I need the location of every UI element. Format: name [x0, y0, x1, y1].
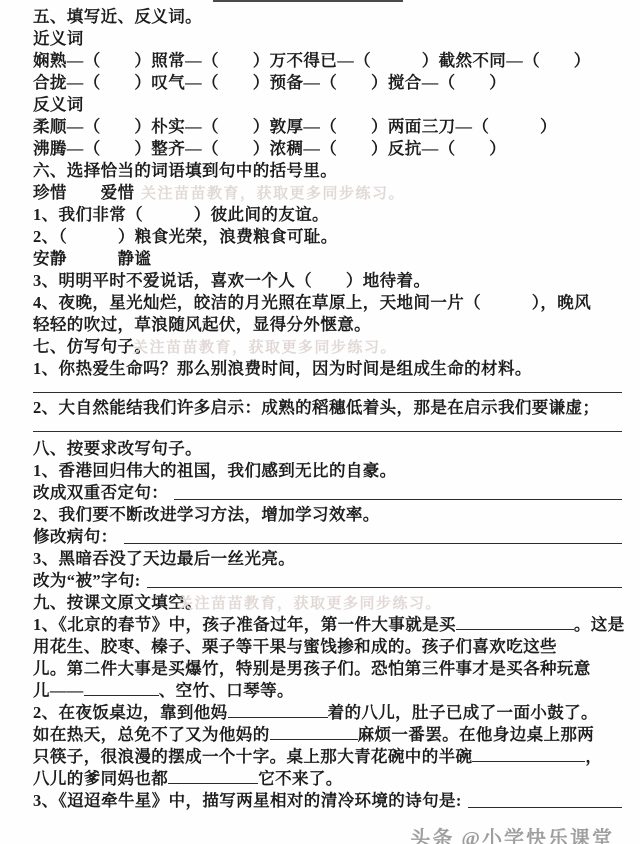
answer-rule-line [33, 419, 622, 432]
question-item: 3、黑暗吞没了天边最后一丝光亮。 [33, 548, 622, 570]
fill-in-line: 儿。第二件大事是买爆竹，特别是男孩子们。恐怕第三件事才是买各种玩意 [33, 658, 622, 680]
antonym-row: 柔顺—（ ）朴实—（ ）敦厚—（ ）两面三刀—（ ） [33, 116, 622, 138]
synonym-row: 娴熟—（ ）照常—（ ）万不得已—（ ）截然不同—（ ） [33, 50, 622, 72]
antonym-row: 沸腾—（ ）整齐—（ ）浓稠—（ ）反抗—（ ） [33, 138, 622, 160]
fill-in-line: 只筷子，很浪漫的摆成一个十字。桌上那大青花碗中的半碗， [33, 746, 622, 768]
text-segment: 3、《迢迢牵牛星》中，描写两星相对的清冷环境的诗句是: [33, 790, 462, 812]
fill-in-line: 用花生、胶枣、榛子、栗子等干果与蜜饯掺和成的。孩子们喜欢吃这些 [33, 636, 622, 658]
rewrite-prompt: 改为“被”字句: [33, 570, 622, 592]
word-bank: 安静 静谧 [33, 248, 622, 270]
section9-heading: 九、按课文原文填空。 关注苗苗教育，获取更多同步练习。 [33, 592, 622, 614]
answer-blank [228, 711, 328, 718]
answer-blank [468, 801, 622, 808]
answer-blank [168, 777, 258, 784]
synonym-label: 近义词 [33, 28, 622, 50]
text-segment: 麻烦一番罢。在他身边桌上那两 [358, 725, 595, 744]
text-segment: 八儿的爹同妈也都 [33, 769, 168, 788]
rewrite-prompt: 修改病句： [33, 526, 622, 548]
text-segment: 只筷子，很浪漫的摆成一个十字。桌上那大青花碗中的半碗 [33, 747, 472, 766]
section5-heading: 五、填写近、反义词。 [33, 6, 622, 28]
fill-in-line: 如在热天，总免不了又为他妈的麻烦一番罢。在他身边桌上那两 [33, 724, 622, 746]
text-segment: 。这是 [574, 615, 625, 634]
answer-blank [456, 623, 574, 630]
worksheet-page: 五、填写近、反义词。 近义词 娴熟—（ ）照常—（ ）万不得已—（ ）截然不同—… [0, 0, 640, 844]
rewrite-prompt: 改成双重否定句： [33, 482, 622, 504]
fill-in-line: 八儿的爹同妈也都它不来了。 [33, 768, 622, 790]
answer-blank [472, 755, 585, 762]
text-segment: 如在热天，总免不了又为他妈的 [33, 725, 270, 744]
question-item: 2、大自然能结我们许多启示：成熟的稻穗低着头，那是在启示我们要谦虚； [33, 397, 622, 419]
rewrite-prompt-label: 修改病句： [33, 526, 118, 548]
question-item: 2、我们要不断改进学习方法，增加学习效率。 [33, 504, 622, 526]
question-item: 1、香港回归伟大的祖国，我们感到无比的自豪。 [33, 460, 622, 482]
answer-blank [270, 733, 358, 740]
text-segment: 它不来了。 [258, 769, 343, 788]
watermark-text: 关注苗苗教育，获取更多同步练习。 [178, 593, 442, 615]
text-segment: 2、在夜饭桌边，靠到他妈 [33, 703, 228, 722]
section8-heading: 八、按要求改写句子。 [33, 438, 622, 460]
publisher-credit: 头条 @小学快乐课堂 [33, 822, 622, 844]
answer-blank [84, 689, 159, 696]
fill-in-line: 儿——、空竹、口琴等。 [33, 680, 622, 702]
question-item: 1、我们非常（ ）彼此间的友谊。 [33, 204, 622, 226]
word-bank: 珍惜 爱惜 关注苗苗教育，获取更多同步练习。 [33, 182, 622, 204]
answer-blank [174, 493, 622, 500]
question-item: 1、你热爱生命吗？那么别浪费时间，因为时间是组成生命的材料。 [33, 358, 622, 380]
synonym-row: 合拢—（ ）叹气—（ ）预备—（ ）搅合—（ ） [33, 72, 622, 94]
answer-blank [147, 581, 622, 588]
rewrite-prompt-label: 改成双重否定句： [33, 482, 168, 504]
text-segment: 1、《北京的春节》中，孩子准备过年，第一件大事就是买 [33, 615, 456, 634]
question-item: 4、夜晚，星光灿烂，皎洁的月光照在草原上，天地间一片（ ），晚风 [33, 292, 622, 314]
text-segment: 儿—— [33, 681, 84, 700]
word-bank-words: 珍惜 爱惜 [33, 183, 134, 202]
text-segment: 、空竹、口琴等。 [159, 681, 294, 700]
section7-heading: 七、仿写句子。 关注苗苗教育，获取更多同步练习。 [33, 336, 622, 358]
fill-in-line: 2、在夜饭桌边，靠到他妈着的八儿，肚子已成了一面小鼓了。 [33, 702, 622, 724]
text-segment: ， [585, 747, 602, 766]
watermark-text: 关注苗苗教育，获取更多同步练习。 [133, 337, 397, 359]
section6-heading: 六、选择恰当的词语填到句中的括号里。 [33, 160, 622, 182]
section9-heading-text: 九、按课文原文填空。 [33, 593, 202, 612]
antonym-label: 反义词 [33, 94, 622, 116]
question-item-continuation: 轻轻的吹过，草浪随风起伏，显得分外惬意。 [33, 314, 622, 336]
section7-heading-text: 七、仿写句子。 [33, 337, 151, 356]
fill-in-line: 1、《北京的春节》中，孩子准备过年，第一件大事就是买。这是 [33, 614, 622, 636]
question-item: 2、（ ）粮食光荣，浪费粮食可耻。 [33, 226, 622, 248]
question-item: 3、明明平时不爱说话，喜欢一个人（ ）地待着。 [33, 270, 622, 292]
answer-rule-line [33, 380, 622, 393]
rewrite-prompt-label: 改为“被”字句: [33, 570, 141, 592]
fill-in-line: 3、《迢迢牵牛星》中，描写两星相对的清冷环境的诗句是: [33, 790, 622, 812]
answer-blank [124, 537, 623, 544]
text-segment: 着的八儿，肚子已成了一面小鼓了。 [328, 703, 598, 722]
watermark-text: 关注苗苗教育，获取更多同步练习。 [141, 183, 405, 205]
